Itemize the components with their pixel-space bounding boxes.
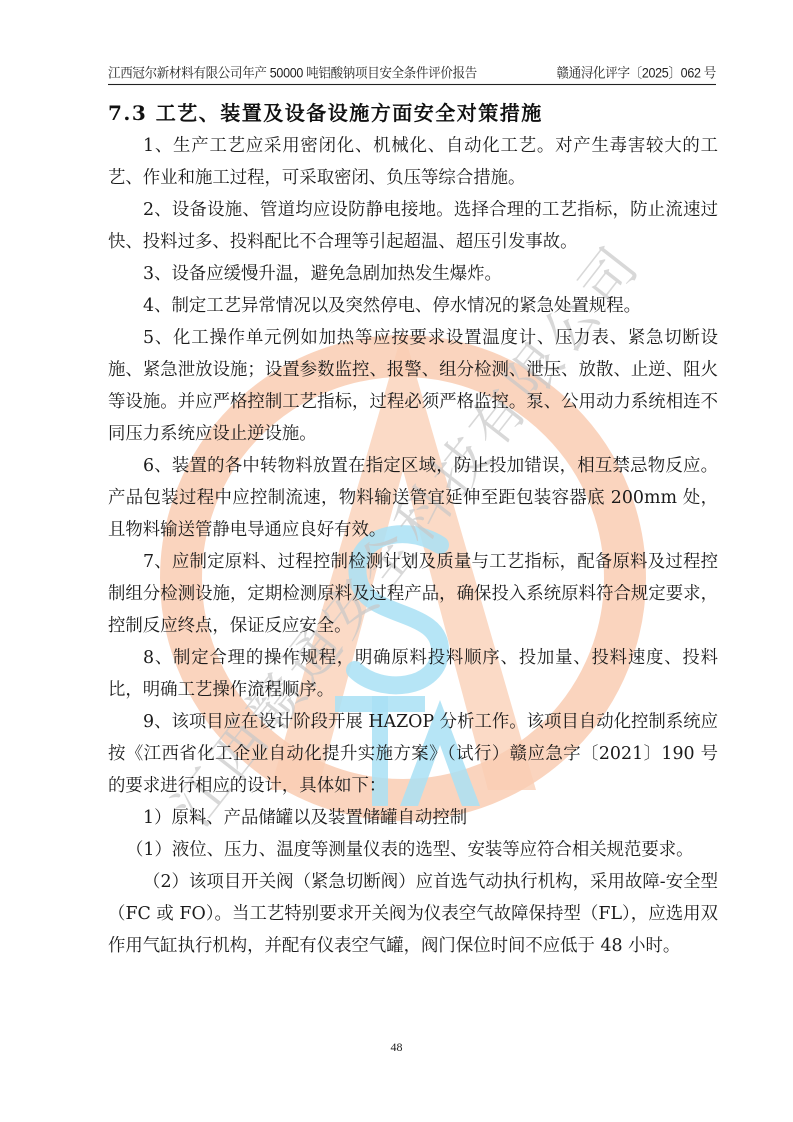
header-report-title: 江西冠尔新材料有限公司年产 50000 吨铝酸钠项目安全条件评价报告: [108, 62, 477, 84]
page-number: 48: [0, 1040, 793, 1055]
paragraph-2: 2、设备设施、管道均应设防静电接地。选择合理的工艺指标，防止流速过快、投料过多、…: [108, 194, 718, 258]
paragraph-6: 6、装置的各中转物料放置在指定区域，防止投加错误，相互禁忌物反应。产品包装过程中…: [108, 450, 718, 546]
sub-paragraph-2: （2）该项目开关阀（紧急切断阀）应首选气动执行机构，采用故障-安全型（FC 或 …: [108, 866, 718, 962]
document-body: 1、生产工艺应采用密闭化、机械化、自动化工艺。对产生毒害较大的工艺、作业和施工过…: [108, 130, 718, 962]
paragraph-4: 4、制定工艺异常情况以及突然停电、停水情况的紧急处置规程。: [108, 290, 718, 322]
paragraph-1: 1、生产工艺应采用密闭化、机械化、自动化工艺。对产生毒害较大的工艺、作业和施工过…: [108, 130, 718, 194]
section-title: 7.3 工艺、装置及设备设施方面安全对策措施: [108, 97, 543, 126]
paragraph-3: 3、设备应缓慢升温，避免急剧加热发生爆炸。: [108, 258, 718, 290]
paragraph-9: 9、该项目应在设计阶段开展 HAZOP 分析工作。该项目自动化控制系统应按《江西…: [108, 706, 718, 802]
sub-paragraph-1: （1）液位、压力、温度等测量仪表的选型、安装等应符合相关规范要求。: [108, 834, 718, 866]
paragraph-5: 5、化工操作单元例如加热等应按要求设置温度计、压力表、紧急切断设施、紧急泄放设施…: [108, 322, 718, 450]
page-header: 江西冠尔新材料有限公司年产 50000 吨铝酸钠项目安全条件评价报告 赣通浔化评…: [108, 62, 716, 85]
subheading-storage-tank-control: 1）原料、产品储罐以及装置储罐自动控制: [108, 802, 718, 834]
header-report-number: 赣通浔化评字〔2025〕062 号: [556, 62, 716, 84]
paragraph-7: 7、应制定原料、过程控制检测计划及质量与工艺指标，配备原料及过程控制组分检测设施…: [108, 546, 718, 642]
document-page: 江西冠尔新材料有限公司年产 50000 吨铝酸钠项目安全条件评价报告 赣通浔化评…: [0, 0, 793, 1122]
paragraph-8: 8、制定合理的操作规程，明确原料投料顺序、投加量、投料速度、投料比，明确工艺操作…: [108, 642, 718, 706]
